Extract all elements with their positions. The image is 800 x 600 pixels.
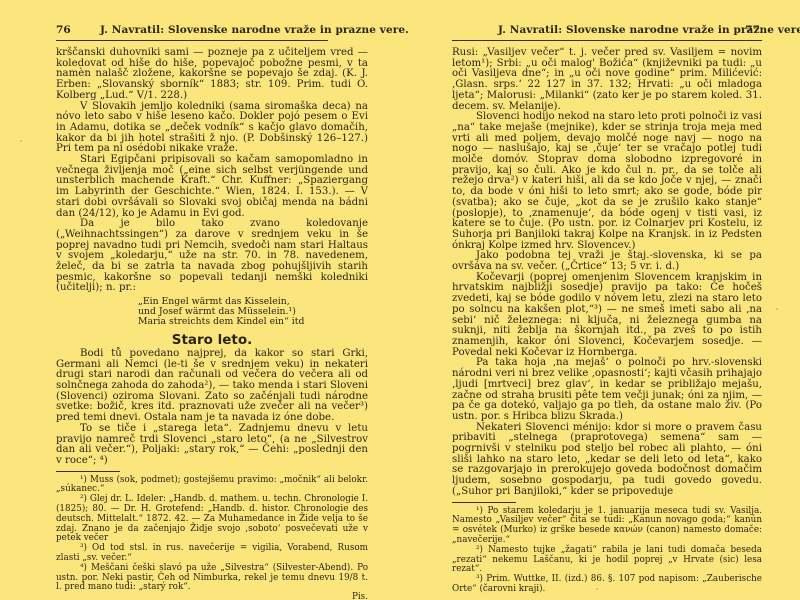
paragraph: Jako podobna tej vraži je štaj.-slovensk…	[452, 251, 762, 272]
paragraph: Stari Egipčani pripisovali so kačam samo…	[56, 155, 368, 219]
paragraph: Slovenci hodijo nekod na staro leto prot…	[452, 112, 762, 251]
running-head-title: J. Navratil: Slovenske narodne vraže in …	[100, 24, 409, 36]
footnote: ²) Namesto tujke „žagati“ rabila je lani…	[452, 546, 762, 575]
footnote: ³) Od tod stsl. in rus. navečerije = vig…	[56, 544, 368, 564]
page-body: krščanski duhovniki sami — pozneje pa z …	[56, 48, 368, 600]
footnotes: ¹) Po starem koledarju je 1. januarija m…	[452, 507, 762, 595]
page-number: 76	[56, 24, 71, 36]
header-rule	[56, 40, 328, 41]
paper-speck	[596, 588, 598, 590]
paragraph: Bodi tů povedano najprej, da kakor so st…	[56, 349, 368, 424]
left-page: 76 J. Navratil: Slovenske narodne vraže …	[0, 0, 400, 600]
right-page: J. Navratil: Slovenske narodne vraže in …	[400, 0, 800, 600]
header-rule	[452, 40, 762, 41]
verse-line: Maria streichts dem Kindel ein“ itd	[138, 317, 368, 327]
footnote: ³) Prim. Wuttke, II. (izd.) 86. §. 107 p…	[452, 575, 762, 595]
footnote: ¹) Muss (sok, podmet); gostejšemu pravim…	[56, 476, 368, 496]
footnote-rule	[452, 502, 516, 503]
footnote-signature: Pis.	[56, 593, 368, 600]
paragraph: Rusi: „Vasiljev večer“ t. j. večer pred …	[452, 48, 762, 112]
footnote-rule	[56, 471, 120, 472]
paragraph: To se tiče i „starega leta“. Zadnjemu dn…	[56, 424, 368, 467]
paragraph: Nekateri Slovenci ménijo: kdor si more o…	[452, 423, 762, 498]
paper-speck	[776, 308, 778, 310]
page-number: 77	[745, 24, 760, 36]
footnotes: ¹) Muss (sok, podmet); gostejšemu pravim…	[56, 476, 368, 600]
section-heading: Staro leto.	[56, 335, 368, 346]
paragraph: Da je bilo tako zvano koledovanje („Weih…	[56, 219, 368, 294]
paragraph: Pa taka hoja ‚na mejaš‘ o polnoči po hrv…	[452, 358, 762, 422]
footnote: ⁴) Meščani češki slavó pa uže „Silvestra…	[56, 564, 368, 593]
paragraph: krščanski duhovniki sami — pozneje pa z …	[56, 48, 368, 102]
verse-quote: „Ein Engel wärmt das Kisselein, und Jose…	[138, 297, 368, 327]
paragraph: Kočevarji (poprej omenjenim Slovencem kr…	[452, 273, 762, 359]
footnote: ¹) Po starem koledarju je 1. januarija m…	[452, 507, 762, 546]
footnote: ²) Glej dr. L. Ideler: „Handb. d. mathem…	[56, 495, 368, 544]
page-body: Rusi: „Vasiljev večer“ t. j. večer pred …	[452, 48, 762, 595]
paper-speck	[20, 140, 22, 142]
paragraph: V Slovakih jemljo koledniki (sama siroma…	[56, 102, 368, 156]
